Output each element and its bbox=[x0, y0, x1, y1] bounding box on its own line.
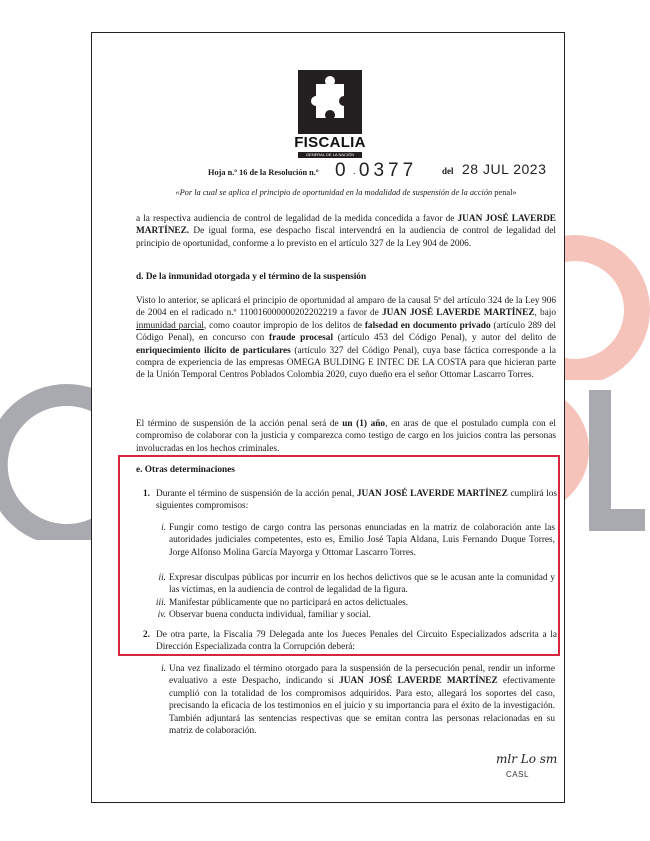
fiscalia-logo: FISCALIA GENERAL DE LA NACIÓN bbox=[298, 70, 362, 160]
handwritten-initials: mlr Lo sm bbox=[496, 752, 557, 766]
item-number: 2. bbox=[143, 629, 150, 641]
subitem-2-i: i.Una vez finalizado el término otorgado… bbox=[152, 663, 555, 737]
subitem-1-ii: ii.Expresar disculpas públicas por incur… bbox=[152, 572, 555, 597]
paragraph-3: El término de suspensión de la acción pe… bbox=[136, 418, 556, 455]
section-e-heading: e. Otras determinaciones bbox=[136, 465, 235, 475]
subitem-1-iv: iv.Observar buena conducta individual, f… bbox=[152, 609, 555, 621]
date-label: del bbox=[442, 166, 454, 176]
subitem-1-i: i.Fungir como testigo de cargo contra la… bbox=[152, 522, 555, 559]
handwritten-initials-2: CASL bbox=[506, 770, 529, 779]
subtitle-tail: penal» bbox=[494, 188, 516, 197]
resolution-number: 0·0377 bbox=[335, 160, 417, 182]
numbered-item-1: 1. Durante el término de suspensión de l… bbox=[143, 488, 557, 513]
item-number: 1. bbox=[143, 488, 150, 500]
section-d-heading: d. De la inmunidad otorgada y el término… bbox=[136, 272, 366, 282]
resolution-subtitle: «Por la cual se aplica el principio de o… bbox=[136, 188, 556, 197]
logo-subtitle: GENERAL DE LA NACIÓN bbox=[298, 152, 362, 158]
numbered-item-2: 2. De otra parte, la Fiscalía 79 Delegad… bbox=[143, 629, 557, 654]
paragraph-2: Visto lo anterior, se aplicará el princi… bbox=[136, 295, 556, 382]
sheet-label: Hoja n.º 16 de la Resolución n.º bbox=[208, 168, 319, 177]
resolution-date: 28 JUL 2023 bbox=[462, 161, 546, 177]
puzzle-piece-icon bbox=[298, 70, 362, 134]
logo-name: FISCALIA bbox=[292, 134, 368, 151]
resolution-prefix: 0 bbox=[335, 160, 350, 181]
paragraph-1: a la respectiva audiencia de control de … bbox=[136, 213, 556, 250]
subitem-1-iii: iii.Manifestar públicamente que no parti… bbox=[152, 597, 555, 609]
subtitle-italic: «Por la cual se aplica el principio de o… bbox=[175, 188, 492, 197]
resolution-digits: 0377 bbox=[359, 160, 417, 181]
